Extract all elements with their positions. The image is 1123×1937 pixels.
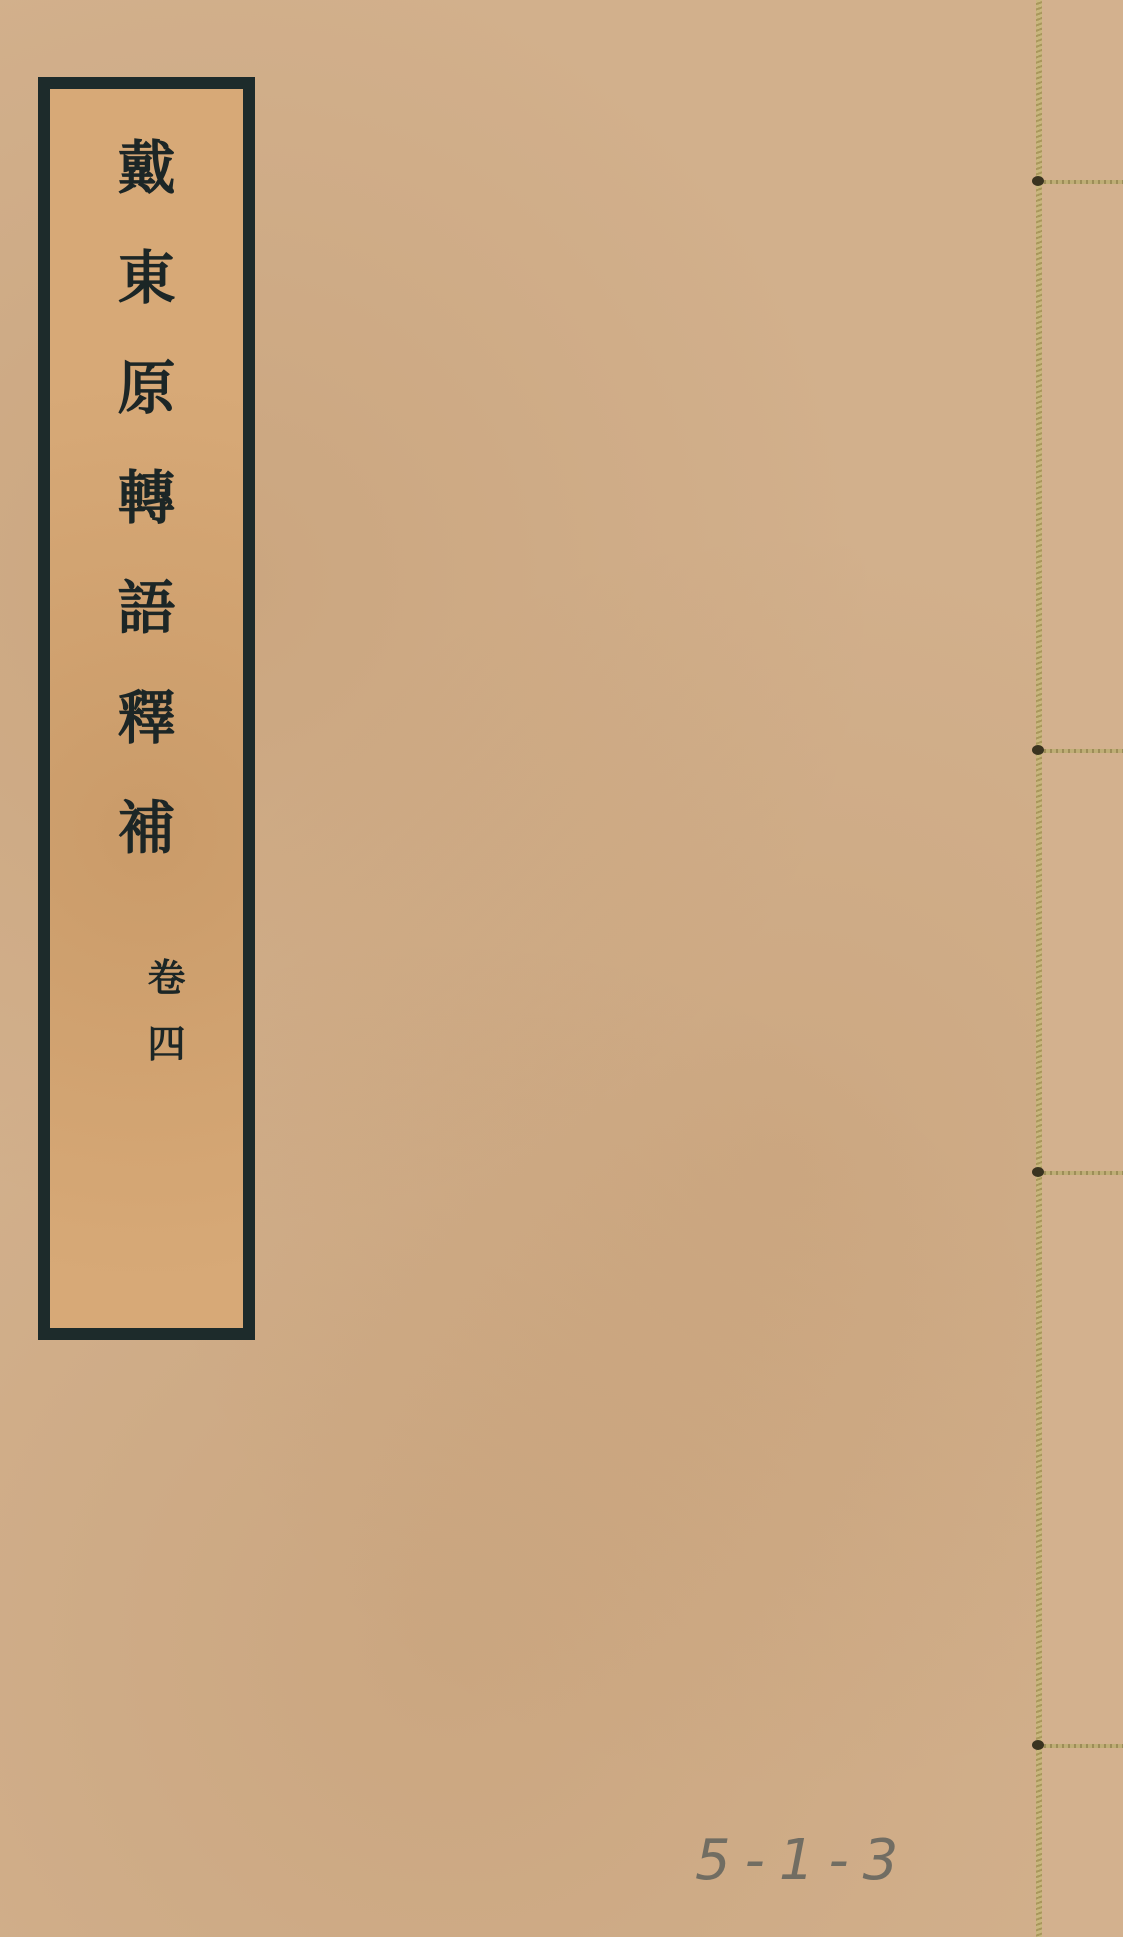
- title-char: 戴: [117, 139, 175, 197]
- stitch-thread-icon: [1040, 749, 1123, 753]
- stitch-hole-icon: [1032, 176, 1044, 186]
- title-char: 轉: [117, 469, 175, 527]
- volume-char: 四: [147, 1025, 185, 1063]
- volume-number: 卷 四: [50, 959, 243, 1091]
- spine-binding-area: [1036, 0, 1123, 1937]
- stitch-thread-icon: [1040, 180, 1123, 184]
- stitch-thread-icon: [1040, 1744, 1123, 1748]
- volume-char: 卷: [147, 959, 185, 997]
- title-char: 原: [117, 359, 175, 417]
- title-char: 東: [117, 249, 175, 307]
- book-title: 戴 東 原 轉 語 釋 補: [50, 139, 243, 909]
- handwritten-catalog-mark: 5-1-3: [695, 1828, 912, 1893]
- binding-thread-icon: [1036, 0, 1042, 1937]
- stitch-hole-icon: [1032, 1740, 1044, 1750]
- stitch-hole-icon: [1032, 745, 1044, 755]
- stitch-thread-icon: [1040, 1171, 1123, 1175]
- title-char: 釋: [117, 689, 175, 747]
- stitch-hole-icon: [1032, 1167, 1044, 1177]
- title-char: 語: [117, 579, 175, 637]
- title-char: 補: [117, 799, 175, 857]
- title-label: 戴 東 原 轉 語 釋 補 卷 四: [38, 77, 255, 1340]
- book-cover: 戴 東 原 轉 語 釋 補 卷 四 5-1-3: [0, 0, 1030, 1937]
